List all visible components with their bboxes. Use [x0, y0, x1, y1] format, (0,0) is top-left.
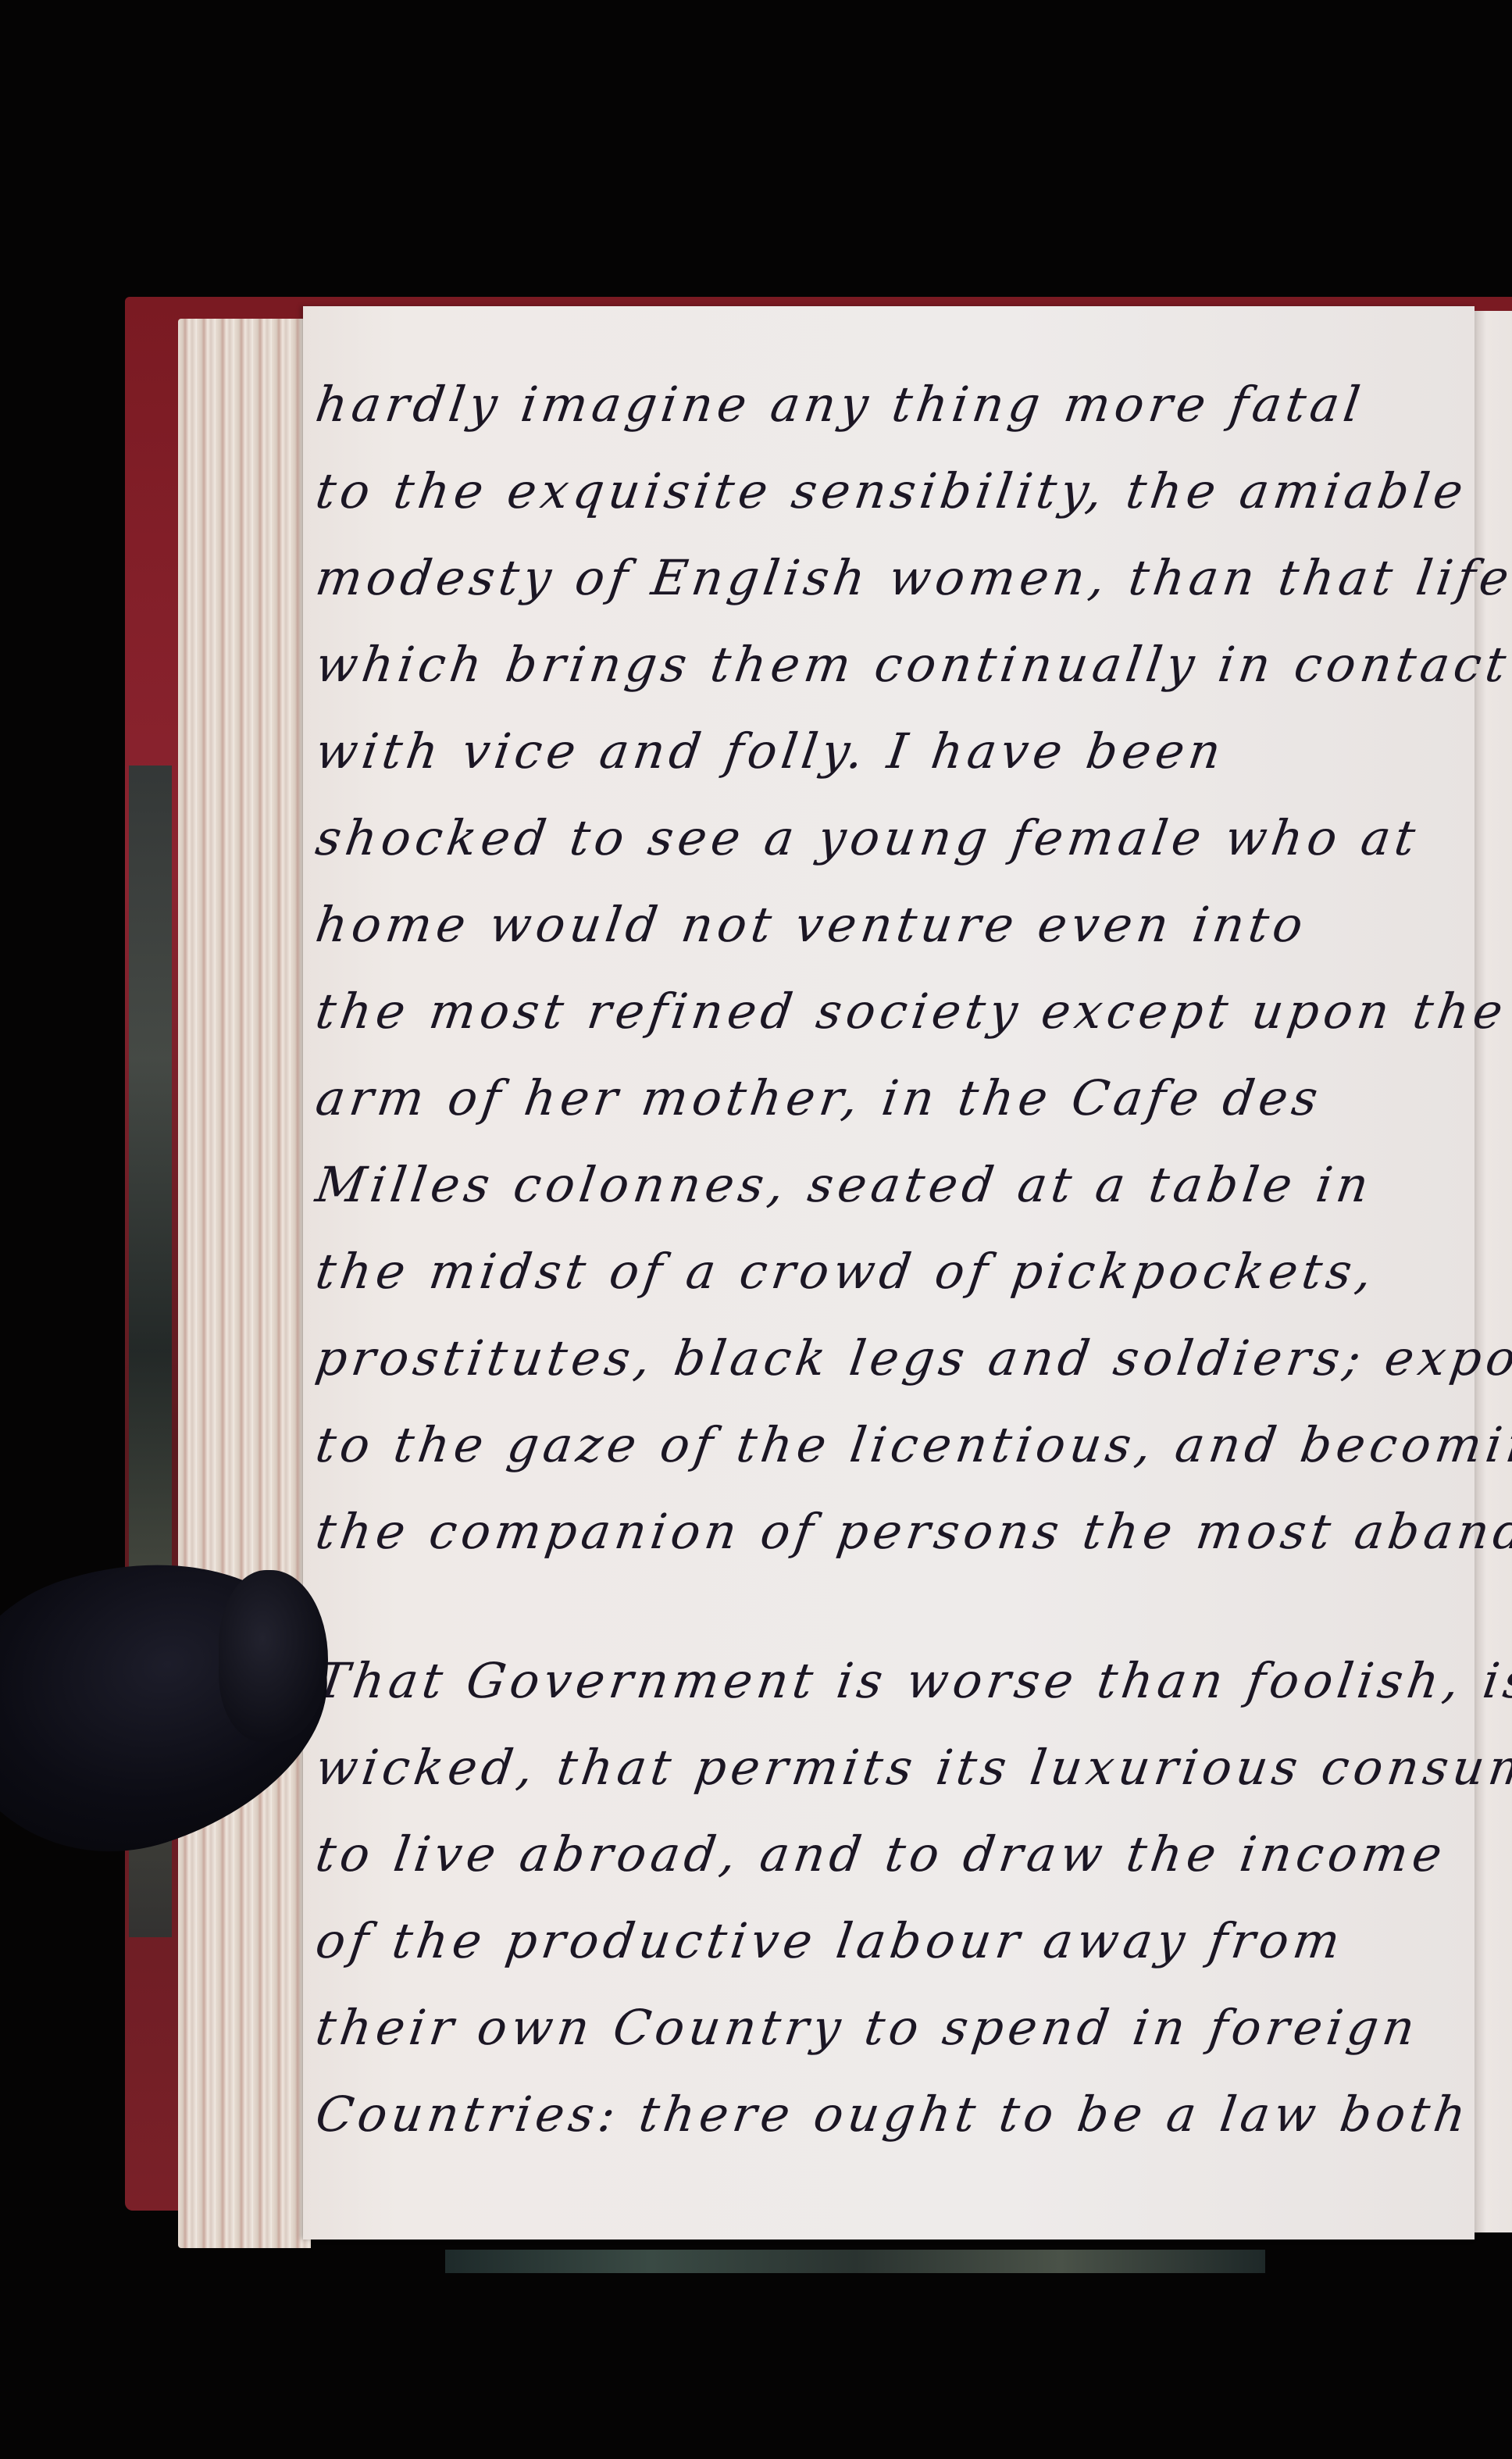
text-line: the companion of persons the most abando…	[310, 1488, 1471, 1575]
text-line: modesty of English women, than that life	[310, 534, 1471, 621]
text-line: arm of her mother, in the Cafe des	[310, 1055, 1471, 1141]
text-line: the most refined society except upon the	[310, 968, 1471, 1055]
text-line: shocked to see a young female who at	[310, 794, 1471, 881]
paragraph-break	[312, 1575, 1468, 1637]
marbled-bottom-edge	[445, 2250, 1265, 2273]
text-line: which brings them continually in contact	[310, 621, 1471, 708]
text-line: Countries: there ought to be a law both	[310, 2071, 1471, 2157]
text-line: their own Country to spend in foreign	[310, 1984, 1471, 2071]
text-line: to live abroad, and to draw the income	[310, 1811, 1471, 1897]
text-line: hardly imagine any thing more fatal	[310, 361, 1471, 448]
text-line: to the gaze of the licentious, and becom…	[310, 1401, 1471, 1488]
text-line: That Government is worse than foolish, i…	[310, 1637, 1471, 1724]
text-line: of the productive labour away from	[310, 1897, 1471, 1984]
page-edges-stack	[178, 319, 311, 2248]
handwritten-text: hardly imagine any thing more fatal to t…	[316, 361, 1464, 2157]
text-line: to the exquisite sensibility, the amiabl…	[310, 448, 1471, 534]
text-line: with vice and folly. I have been	[310, 708, 1471, 794]
text-line: Milles colonnes, seated at a table in	[310, 1141, 1471, 1228]
text-line: wicked, that permits its luxurious consu…	[310, 1724, 1471, 1811]
text-line: the midst of a crowd of pickpockets,	[310, 1228, 1471, 1315]
text-line: home would not venture even into	[310, 881, 1471, 968]
text-line: prostitutes, black legs and soldiers; ex…	[310, 1315, 1471, 1401]
